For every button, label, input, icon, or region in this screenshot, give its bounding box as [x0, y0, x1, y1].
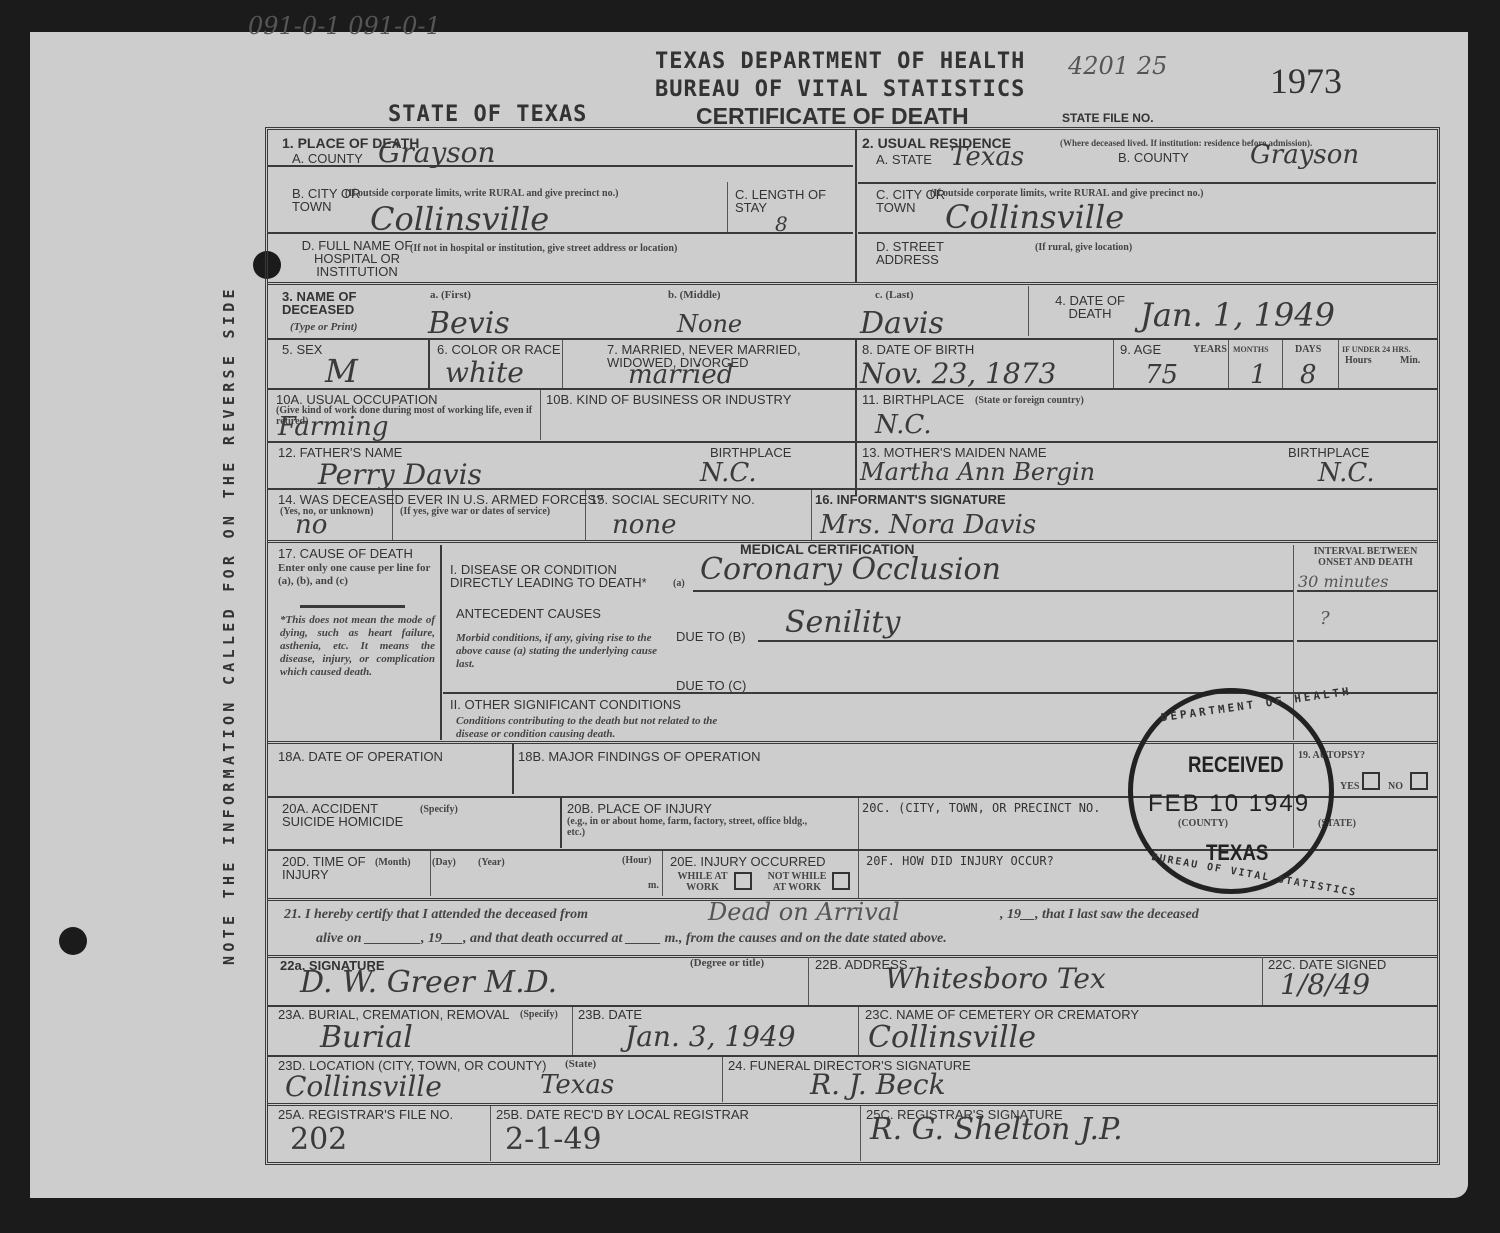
state-title: STATE OF TEXAS — [388, 102, 587, 127]
age-years-value: 75 — [1145, 360, 1178, 390]
age-days-value: 8 — [1300, 360, 1317, 390]
side-note: NOTE THE INFORMATION CALLED FOR ON THE R… — [220, 285, 238, 965]
marital-status-value: married — [628, 360, 733, 390]
cause-b-value: Senility — [785, 605, 900, 640]
stamp-date: FEB 10 1949 — [1148, 790, 1310, 818]
burial-method-value: Burial — [320, 1020, 413, 1055]
burial-date-value: Jan. 3, 1949 — [625, 1020, 796, 1053]
while-at-work-checkbox[interactable] — [734, 872, 752, 890]
autopsy-yes-checkbox[interactable] — [1362, 772, 1380, 790]
last-name-value: Davis — [860, 306, 944, 341]
registrar-date-value: 2-1-49 — [505, 1122, 602, 1157]
burial-location-value: Collinsville — [285, 1070, 442, 1103]
registrar-signature: R. G. Shelton J.P. — [870, 1112, 1123, 1147]
ssn-value: none — [612, 510, 677, 540]
residence-state-value: Texas — [950, 142, 1024, 172]
physician-address: Whitesboro Tex — [885, 962, 1106, 995]
not-while-at-work-checkbox[interactable] — [832, 872, 850, 890]
age-months-value: 1 — [1250, 360, 1267, 390]
mother-name-value: Martha Ann Bergin — [860, 458, 1095, 486]
interval-b-value: ? — [1320, 608, 1330, 629]
middle-name-value: None — [677, 310, 742, 338]
date-of-death-value: Jan. 1, 1949 — [1140, 296, 1335, 334]
cemetery-value: Collinsville — [868, 1020, 1036, 1055]
death-county-value: Grayson — [378, 136, 496, 169]
mother-birthplace-value: N.C. — [1318, 458, 1375, 488]
punch-hole-bottom — [59, 927, 87, 955]
interval-a-value: 30 minutes — [1298, 572, 1388, 591]
race-value: white — [445, 356, 524, 389]
length-of-stay-value: 8 — [775, 212, 788, 236]
funeral-director-signature: R. J. Beck — [810, 1068, 946, 1101]
occupation-value: Farming — [278, 412, 389, 442]
residence-county-value: Grayson — [1250, 140, 1359, 170]
certificate-title: CERTIFICATE OF DEATH — [696, 103, 969, 130]
autopsy-no-checkbox[interactable] — [1410, 772, 1428, 790]
state-file-label: STATE FILE NO. — [1062, 111, 1154, 125]
date-signed-value: 1/8/49 — [1280, 968, 1370, 1001]
stamp-received: RECEIVED — [1188, 752, 1284, 778]
sex-value: M — [325, 352, 358, 390]
residence-city-value: Collinsville — [945, 198, 1124, 236]
father-name-value: Perry Davis — [318, 458, 482, 491]
cause-a-value: Coronary Occlusion — [700, 552, 1001, 587]
certificate-number: 1973 — [1270, 60, 1342, 102]
physician-signature: D. W. Greer M.D. — [300, 965, 557, 1000]
handwritten-ref: 4201 25 — [1068, 52, 1167, 80]
burial-state-value: Texas — [540, 1070, 614, 1100]
registrar-file-number: 202 — [290, 1122, 347, 1157]
divider — [855, 130, 857, 282]
bureau-title: BUREAU OF VITAL STATISTICS — [655, 77, 1025, 102]
armed-forces-value: no — [295, 510, 327, 540]
informant-signature: Mrs. Nora Davis — [820, 510, 1036, 540]
first-name-value: Bevis — [428, 306, 510, 341]
father-birthplace-value: N.C. — [700, 458, 757, 488]
attended-from-value: Dead on Arrival — [708, 898, 900, 926]
date-of-birth-value: Nov. 23, 1873 — [860, 357, 1056, 390]
department-title: TEXAS DEPARTMENT OF HEALTH — [655, 49, 1025, 74]
file-codes: 091-0-1 091-0-1 — [248, 12, 441, 40]
death-city-value: Collinsville — [370, 200, 549, 238]
birthplace-value: N.C. — [875, 410, 932, 440]
